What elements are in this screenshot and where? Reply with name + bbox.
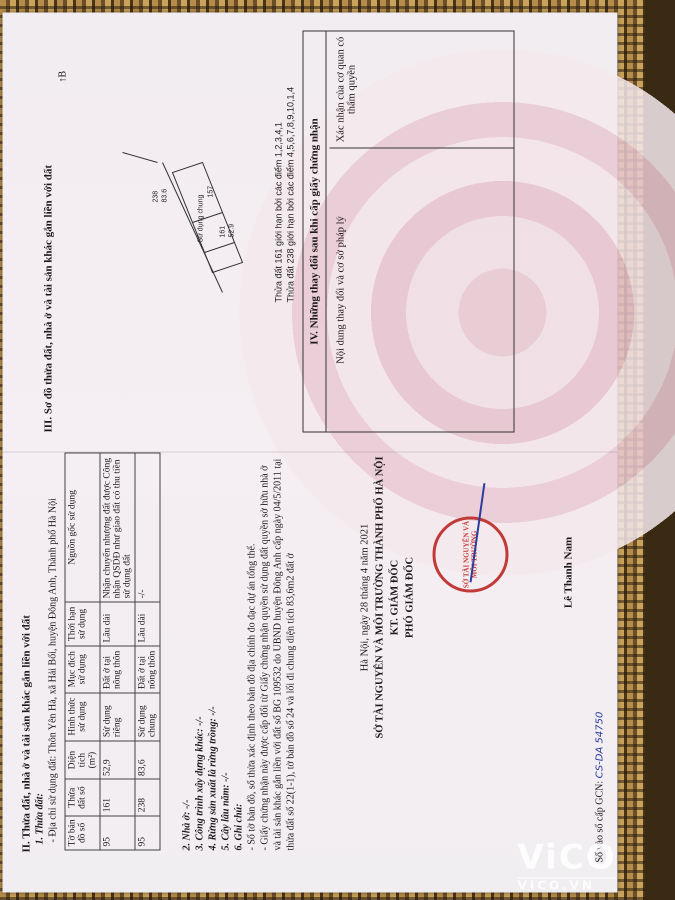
signature-block: Hà Nội, ngày 28 tháng 4 năm 2021 SỞ TÀI … (358, 453, 418, 743)
item-other-construction: 3. Công trình xây dựng khác: -/- (194, 456, 207, 851)
col-form: Hình thức sử dụng (65, 693, 100, 741)
north-label: B (58, 71, 69, 78)
diagram-legend: Thửa đất 161 giới hạn bởi các điểm 1,2,3… (273, 87, 297, 302)
col-map-sheet: Tờ bản đồ số (65, 816, 100, 850)
cell: 95 (135, 816, 160, 850)
right-page: III. Sơ đồ thửa đất, nhà ở và tài sản kh… (3, 13, 618, 453)
date-line: Hà Nội, ngày 28 tháng 4 năm 2021 (358, 453, 373, 743)
cell: 52,9 (100, 741, 135, 780)
cell: Lâu dài (100, 602, 135, 646)
plot-subtitle: 1. Thửa đất: (35, 793, 46, 844)
section-iv-title: IV. Những thay đổi sau khi cấp giấy chứn… (304, 32, 327, 432)
cell: Lâu dài (135, 602, 160, 646)
col-origin: Nguồn gốc sử dụng (65, 453, 100, 602)
watermark-site: VICO.VN (518, 878, 617, 893)
changes-table: IV. Những thay đổi sau khi cấp giấy chứn… (303, 31, 515, 433)
plot-diagram: 238 83.6 Sử dụng chung 161 52.9 157 (63, 113, 263, 313)
section-iii-title: III. Sơ đồ thửa đất, nhà ở và tài sản kh… (43, 165, 55, 433)
agency-name: SỞ TÀI NGUYÊN VÀ MÔI TRƯỜNG THÀNH PHỐ HÀ… (373, 453, 388, 743)
cell: Đất ở tại nông thôn (100, 646, 135, 693)
changes-col-confirmation: Xác nhận của cơ quan có thẩm quyền (330, 32, 358, 148)
cell: Sử dụng chung (135, 693, 160, 741)
north-arrow-icon: ↑B (58, 71, 69, 83)
legend-161: Thửa đất 161 giới hạn bởi các điểm 1,2,3… (273, 87, 285, 302)
cell: Nhận chuyển nhượng đất được Công nhận QS… (100, 453, 135, 602)
col-area: Diện tích (m²) (65, 741, 100, 780)
table-row: 95 238 83,6 Sử dụng chung Đất ở tại nông… (135, 453, 160, 850)
cell: 161 (100, 780, 135, 816)
section-ii-title: II. Thửa đất, nhà ở và tài sản khác gắn … (21, 615, 33, 852)
table-row: 95 161 52,9 Sử dụng riêng Đất ở tại nông… (100, 453, 135, 850)
item-forest: 4. Rừng sản xuất là rừng trồng: -/- (207, 456, 220, 851)
note-2: - Giấy chứng nhận này được cấp đổi từ Gi… (259, 456, 298, 851)
cell: 83,6 (135, 741, 160, 780)
note-1: - Số tờ bản đồ, số thửa xác định theo bả… (246, 456, 259, 851)
item-perennial: 5. Cây lâu năm: -/- (220, 456, 233, 851)
item-notes: 6. Ghi chú: (233, 456, 246, 851)
address: - Địa chỉ sử dụng đất: Thôn Yên Hà, xã H… (48, 498, 59, 842)
plot-161-label: 161 (220, 226, 227, 238)
cell: 95 (100, 816, 135, 850)
shared-label: Sử dụng chung (197, 195, 205, 243)
plot-table: Tờ bản đồ số Thửa đất số Diện tích (m²) … (65, 453, 161, 851)
col-purpose: Mục đích sử dụng (65, 646, 100, 693)
notes-block: 2. Nhà ở: -/- 3. Công trình xây dựng khá… (181, 456, 298, 851)
cell: Đất ở tại nông thôn (135, 646, 160, 693)
col-plot-no: Thửa đất số (65, 780, 100, 816)
cell: 238 (135, 780, 160, 816)
item-house: 2. Nhà ở: -/- (181, 456, 194, 851)
cell: -/- (135, 453, 160, 602)
registry-value: CS-DA 54750 (595, 712, 606, 779)
plot-161-area: 52.9 (229, 224, 236, 238)
plot-238-area: 83.6 (162, 189, 169, 203)
signer-name: Lê Thanh Nam (563, 453, 575, 693)
vico-watermark: ViCO VICO.VN (518, 838, 617, 893)
legend-238: Thửa đất 238 giới hạn bởi các điểm 4,5,6… (285, 87, 297, 302)
col-term: Thời hạn sử dụng (65, 602, 100, 646)
left-page: II. Thửa đất, nhà ở và tài sản khác gắn … (3, 453, 618, 893)
watermark-logo: ViCO (518, 838, 617, 878)
kt-title: KT. GIÁM ĐỐC (388, 453, 403, 743)
cell: Sử dụng riêng (100, 693, 135, 741)
plot-238-label: 238 (153, 191, 160, 203)
certificate-sheet: II. Thửa đất, nhà ở và tài sản khác gắn … (3, 13, 618, 893)
role-title: PHÓ GIÁM ĐỐC (403, 453, 418, 743)
plot-157-label: 157 (208, 186, 215, 198)
changes-col-content: Nội dung thay đổi và cơ sở pháp lý (330, 148, 514, 432)
